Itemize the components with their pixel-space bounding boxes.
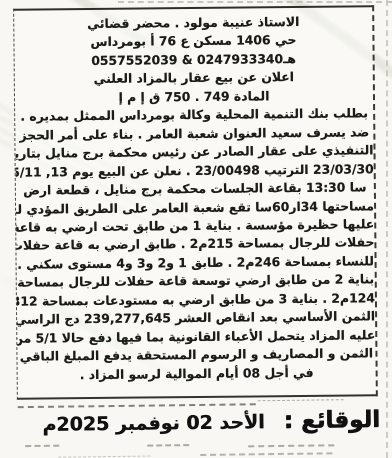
footer-rule (18, 403, 256, 408)
notice-line: الثمن و المصاريف و الرسوم المستحقة يدفع … (17, 344, 375, 366)
publication-name: الوقائع : (284, 407, 381, 434)
issue-date: الأحد 02 نوفمبر 2025م (42, 411, 265, 436)
footer-rule (25, 445, 59, 447)
auction-notice-box: الاستاذ عنيبة مولود . محضر قضائي حي 1406… (13, 5, 378, 399)
column-divider-right (386, 0, 388, 458)
footer-rule (258, 399, 344, 401)
footer-rule (200, 452, 332, 456)
footer-text: الوقائع : الأحد 02 نوفمبر 2025م (42, 407, 380, 437)
column-divider-top (118, 1, 392, 3)
footer-rule (147, 444, 189, 447)
footer-rule (248, 444, 334, 447)
publication-footer: الوقائع : الأحد 02 نوفمبر 2025م (0, 397, 392, 458)
newspaper-scan: { "colors": { "ink": "#1b1b18", "paper":… (0, 0, 392, 458)
notice-line-deadline: في أجل 08 أيام الموالية لرسو المزاد . (18, 363, 376, 385)
footer-rule (58, 456, 150, 458)
